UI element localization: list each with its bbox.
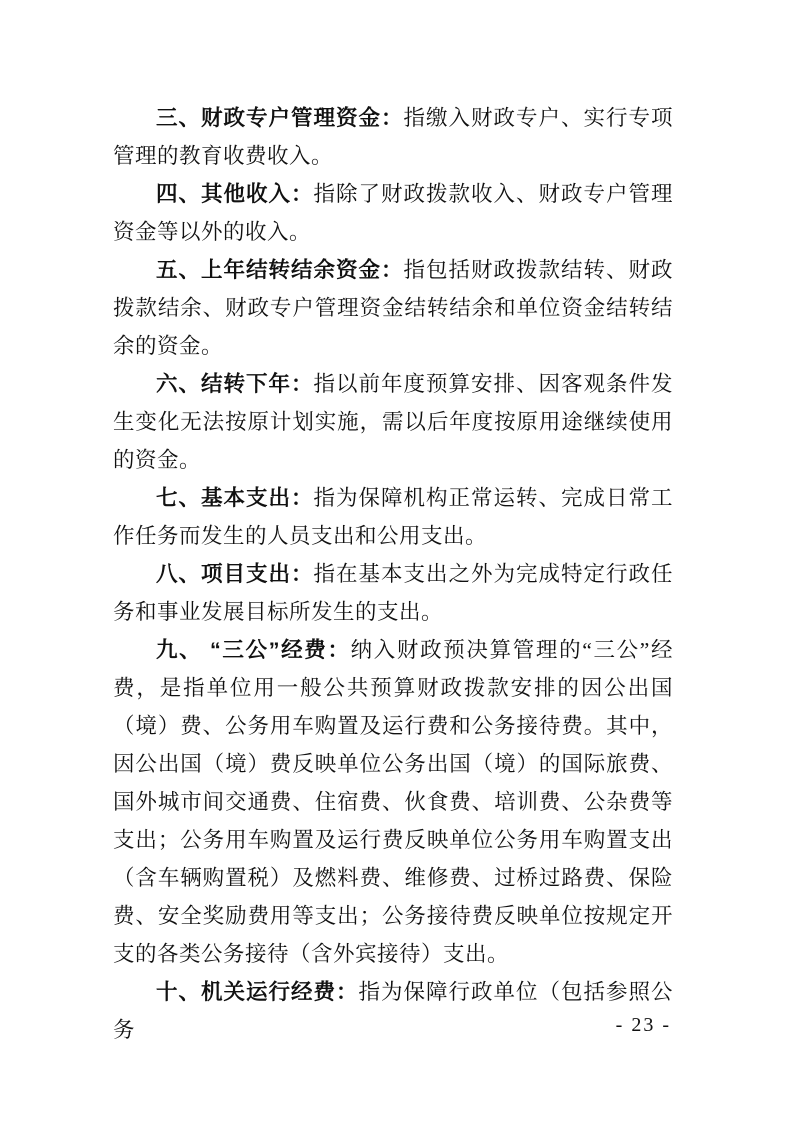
definition-term: 八、项目支出： (156, 562, 314, 586)
definition-paragraph: 七、基本支出：指为保障机构正常运转、完成日常工作任务而发生的人员支出和公用支出。 (113, 479, 673, 555)
definition-term: 三、财政专户管理资金： (156, 106, 404, 130)
definition-term: 四、其他收入： (156, 182, 314, 206)
definition-paragraph: 十、机关运行经费：指为保障行政单位（包括参照公务 (113, 973, 673, 1049)
definition-term: 十、机关运行经费： (156, 980, 359, 1004)
definitions-text: 三、财政专户管理资金：指缴入财政专户、实行专项管理的教育收费收入。 四、其他收入… (113, 99, 673, 1049)
definition-paragraph: 八、项目支出：指在基本支出之外为完成特定行政任务和事业发展目标所发生的支出。 (113, 555, 673, 631)
definition-paragraph: 五、上年结转结余资金：指包括财政拨款结转、财政拨款结余、财政专户管理资金结转结余… (113, 251, 673, 365)
definition-term: 六、结转下年： (156, 372, 314, 396)
definition-body: 纳入财政预决算管理的“三公”经费，是指单位用一般公共预算财政拨款安排的因公出国（… (113, 638, 673, 966)
definition-paragraph: 六、结转下年：指以前年度预算安排、因客观条件发生变化无法按原计划实施，需以后年度… (113, 365, 673, 479)
page-number: - 23 - (616, 1014, 671, 1037)
document-page: 三、财政专户管理资金：指缴入财政专户、实行专项管理的教育收费收入。 四、其他收入… (0, 0, 793, 1122)
definition-term: 五、上年结转结余资金： (156, 258, 404, 282)
definition-paragraph: 九、 “三公”经费：纳入财政预决算管理的“三公”经费，是指单位用一般公共预算财政… (113, 631, 673, 973)
definition-paragraph: 三、财政专户管理资金：指缴入财政专户、实行专项管理的教育收费收入。 (113, 99, 673, 175)
definition-paragraph: 四、其他收入：指除了财政拨款收入、财政专户管理资金等以外的收入。 (113, 175, 673, 251)
definition-term: 九、 “三公”经费： (156, 638, 351, 662)
definition-term: 七、基本支出： (156, 486, 314, 510)
